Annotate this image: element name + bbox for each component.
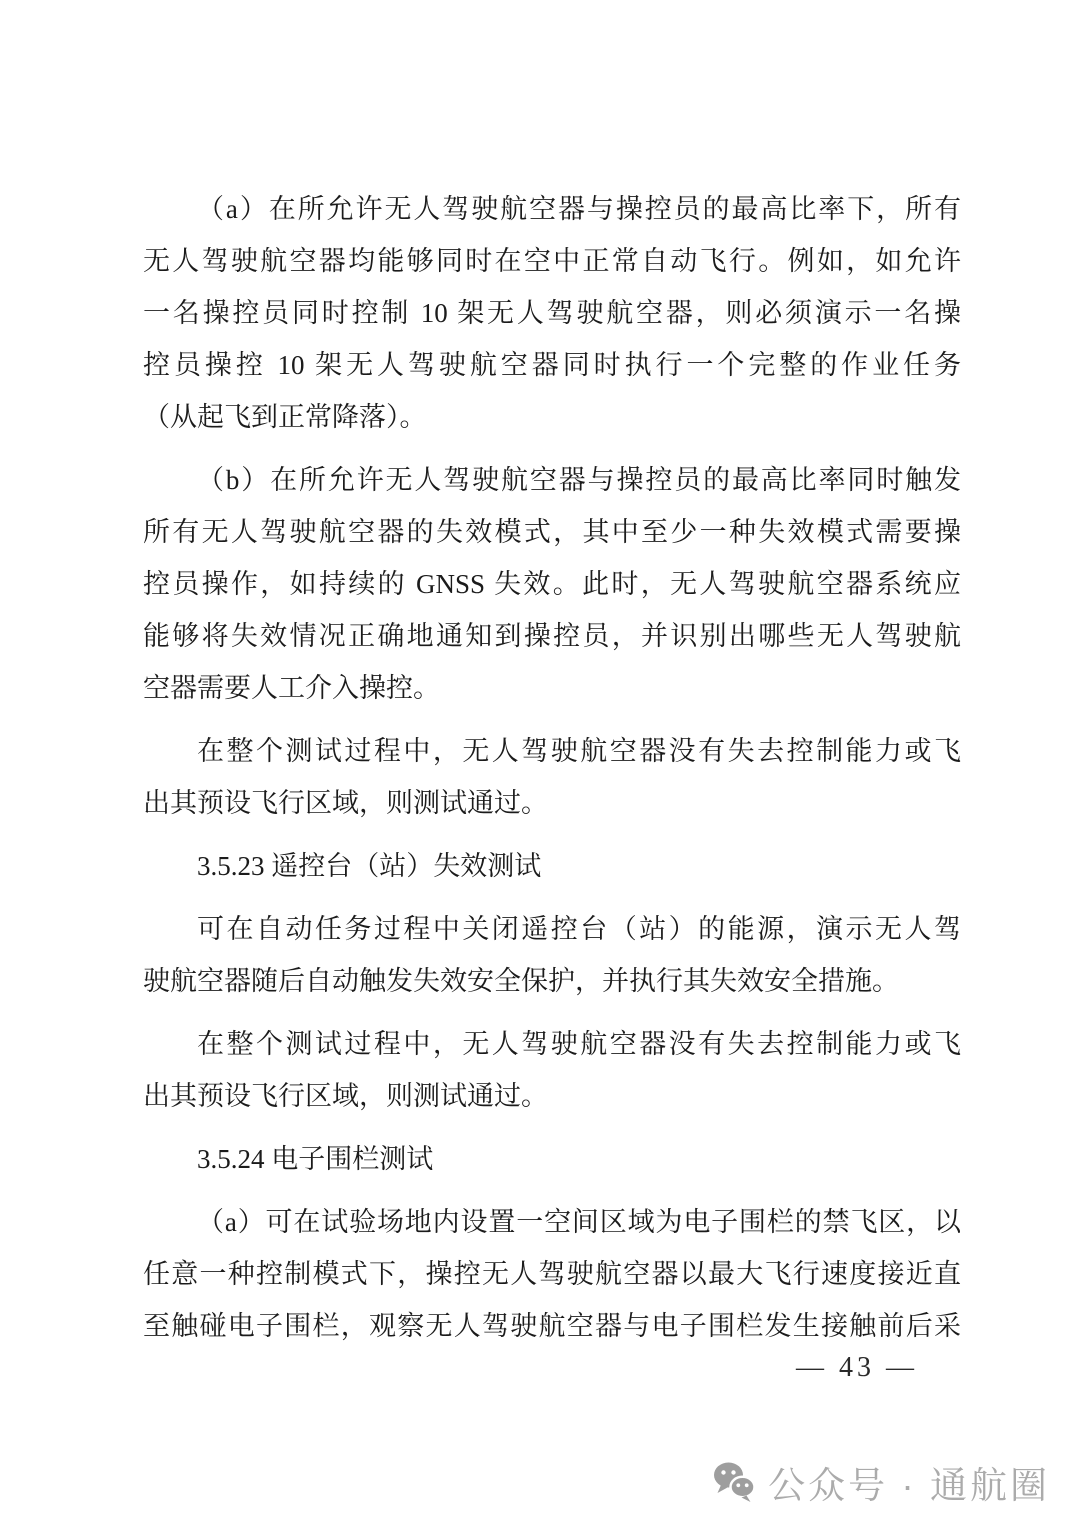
text-line: （b）在所允许无人驾驶航空器与操控员的最高比率同时触发 (143, 454, 961, 506)
paragraph: 可在自动任务过程中关闭遥控台（站）的能源，演示无人驾驶航空器随后自动触发失效安全… (143, 903, 961, 1007)
text-line: 在整个测试过程中，无人驾驶航空器没有失去控制能力或飞 (143, 725, 961, 777)
text-line: 3.5.24 电子围栏测试 (143, 1133, 961, 1185)
text-line: 驶航空器随后自动触发失效安全保护，并执行其失效安全措施。 (143, 955, 961, 1007)
footer-label: 公众号 · 通航圈 (768, 1455, 1050, 1509)
section-heading: 3.5.24 电子围栏测试 (143, 1133, 961, 1185)
footer-watermark: 公众号 · 通航圈 (712, 1455, 1050, 1509)
text-line: （从起飞到正常降落）。 (143, 391, 961, 443)
text-block: （a）在所允许无人驾驶航空器与操控员的最高比率下，所有无人驾驶航空器均能够同时在… (143, 183, 961, 1352)
text-line: 在整个测试过程中，无人驾驶航空器没有失去控制能力或飞 (143, 1018, 961, 1070)
text-line: 可在自动任务过程中关闭遥控台（站）的能源，演示无人驾 (143, 903, 961, 955)
paragraph: 在整个测试过程中，无人驾驶航空器没有失去控制能力或飞出其预设飞行区域，则测试通过… (143, 1018, 961, 1122)
text-line: 空器需要人工介入操控。 (143, 662, 961, 714)
text-line: 3.5.23 遥控台（站）失效测试 (143, 840, 961, 892)
page-number: — 43 — (796, 1352, 918, 1384)
text-line: 一名操控员同时控制 10 架无人驾驶航空器，则必须演示一名操 (143, 287, 961, 339)
paragraph: （b）在所允许无人驾驶航空器与操控员的最高比率同时触发所有无人驾驶航空器的失效模… (143, 454, 961, 714)
text-line: 出其预设飞行区域，则测试通过。 (143, 777, 961, 829)
text-line: 控员操作，如持续的 GNSS 失效。此时，无人驾驶航空器系统应 (143, 558, 961, 610)
text-line: 所有无人驾驶航空器的失效模式，其中至少一种失效模式需要操 (143, 506, 961, 558)
paragraph: 在整个测试过程中，无人驾驶航空器没有失去控制能力或飞出其预设飞行区域，则测试通过… (143, 725, 961, 829)
paragraph: （a）可在试验场地内设置一空间区域为电子围栏的禁飞区，以任意一种控制模式下，操控… (143, 1196, 961, 1352)
wechat-icon (712, 1461, 756, 1503)
text-line: 出其预设飞行区域，则测试通过。 (143, 1070, 961, 1122)
text-line: 至触碰电子围栏，观察无人驾驶航空器与电子围栏发生接触前后采 (143, 1300, 961, 1352)
paragraph: （a）在所允许无人驾驶航空器与操控员的最高比率下，所有无人驾驶航空器均能够同时在… (143, 183, 961, 443)
document-page: （a）在所允许无人驾驶航空器与操控员的最高比率下，所有无人驾驶航空器均能够同时在… (0, 0, 1080, 1526)
text-line: 控员操控 10 架无人驾驶航空器同时执行一个完整的作业任务 (143, 339, 961, 391)
text-line: 能够将失效情况正确地通知到操控员，并识别出哪些无人驾驶航 (143, 610, 961, 662)
section-heading: 3.5.23 遥控台（站）失效测试 (143, 840, 961, 892)
text-line: （a）在所允许无人驾驶航空器与操控员的最高比率下，所有 (143, 183, 961, 235)
text-line: 任意一种控制模式下，操控无人驾驶航空器以最大飞行速度接近直 (143, 1248, 961, 1300)
text-line: 无人驾驶航空器均能够同时在空中正常自动飞行。例如，如允许 (143, 235, 961, 287)
text-line: （a）可在试验场地内设置一空间区域为电子围栏的禁飞区，以 (143, 1196, 961, 1248)
